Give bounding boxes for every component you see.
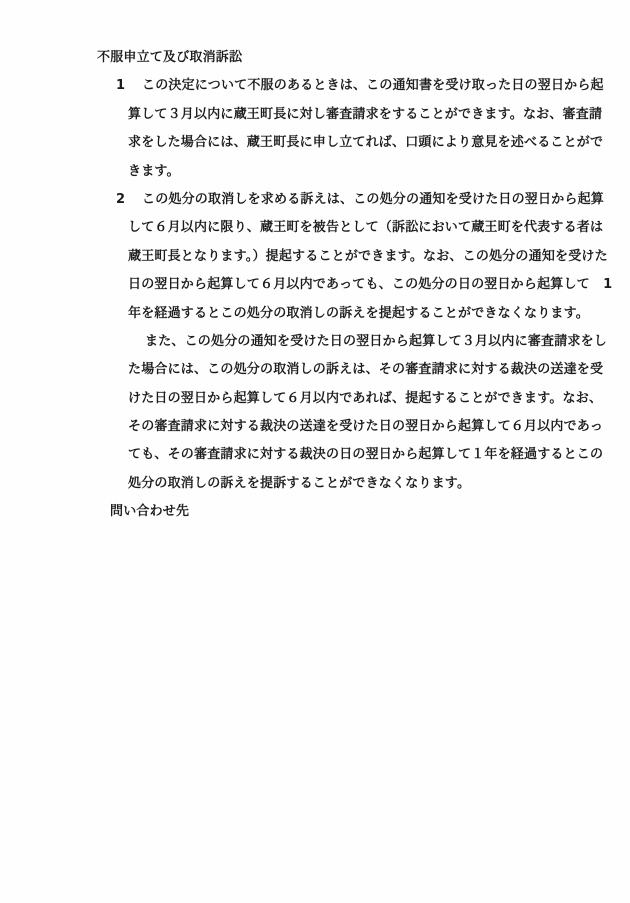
text-line: 処分の取消しの訴えを提訴することができなくなります。 [0, 470, 630, 498]
document-page: 不服申立て及び取消訴訟 1この決定について不服のあるときは、この通知書を受け取っ… [0, 0, 630, 903]
text-line: 年を経過するとこの処分の取消しの訴えを提起することができなくなります。 [0, 300, 630, 328]
text-line: きます。 [0, 158, 630, 186]
text-line: 求をした場合には、蔵王町長に申し立てれば、口頭により意見を述べることがで [0, 129, 630, 157]
text-line: けた日の翌日から起算して６月以内であれば、提起することができます。なお、 [0, 385, 630, 413]
item-2-second-paragraph-first-line: また、この処分の通知を受けた日の翌日から起算して３月以内に審査請求をし [0, 328, 630, 356]
list-item-1-first-line: 1この決定について不服のあるときは、この通知書を受け取った日の翌日から起 [0, 72, 630, 100]
document-title: 不服申立て及び取消訴訟 [0, 44, 630, 72]
text-line: 日の翌日から起算して６月以内であっても、この処分の日の翌日から起算して 1 [0, 271, 630, 299]
document-text-block: 不服申立て及び取消訴訟 1この決定について不服のあるときは、この通知書を受け取っ… [0, 44, 630, 527]
list-item-2-number: 2 [116, 186, 142, 214]
list-item-2-text: この処分の取消しを求める訴えは、この処分の通知を受けた日の翌日から起算 [142, 192, 604, 207]
text-line: 蔵王町長となります。）提起することができます。なお、この処分の通知を受けた [0, 243, 630, 271]
list-item-2-first-line: 2この処分の取消しを求める訴えは、この処分の通知を受けた日の翌日から起算 [0, 186, 630, 214]
text-line: 算して３月以内に蔵王町長に対し審査請求をすることができます。なお、審査請 [0, 101, 630, 129]
text-line: ても、その審査請求に対する裁決の日の翌日から起算して１年を経過するとこの [0, 441, 630, 469]
text-line: その審査請求に対する裁決の送達を受けた日の翌日から起算して６月以内であっ [0, 413, 630, 441]
list-item-1-number: 1 [116, 72, 142, 100]
contact-info-heading: 問い合わせ先 [0, 498, 630, 526]
text-line: た場合には、この処分の取消しの訴えは、その審査請求に対する裁決の送達を受 [0, 356, 630, 384]
text-line: して６月以内に限り、蔵王町を被告として（訴訟において蔵王町を代表する者は [0, 214, 630, 242]
list-item-1-text: この決定について不服のあるときは、この通知書を受け取った日の翌日から起 [142, 78, 604, 93]
